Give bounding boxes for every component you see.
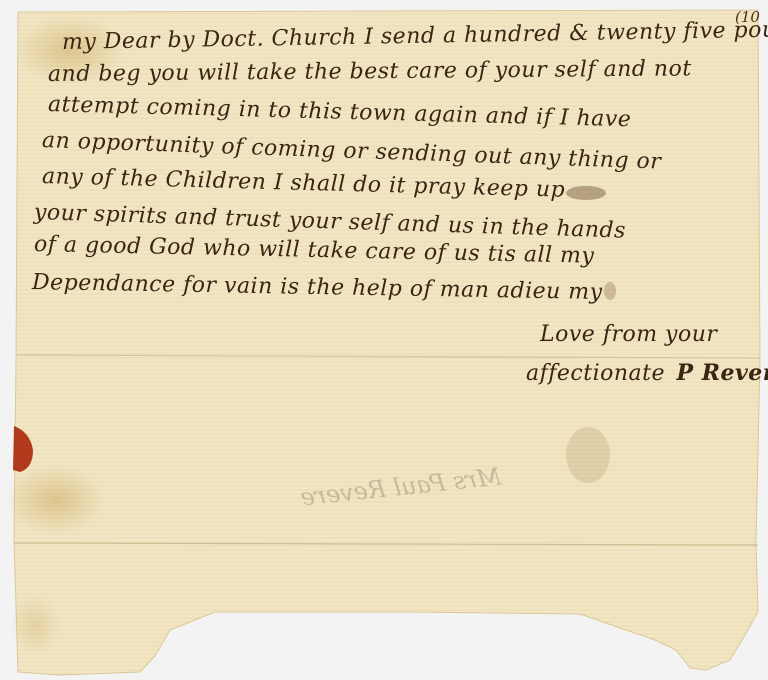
letter-scan: (10 my Dear by Doct. Church I send a hun… [0, 0, 768, 680]
signature: P Revere [677, 360, 768, 386]
ink-blot [566, 186, 606, 200]
closing-line-2: affectionate P Revere [526, 360, 768, 386]
ink-blot-2 [604, 282, 616, 300]
closing-line-1: Love from your [540, 322, 717, 347]
paper-sheet: (10 my Dear by Doct. Church I send a hun… [0, 0, 768, 680]
